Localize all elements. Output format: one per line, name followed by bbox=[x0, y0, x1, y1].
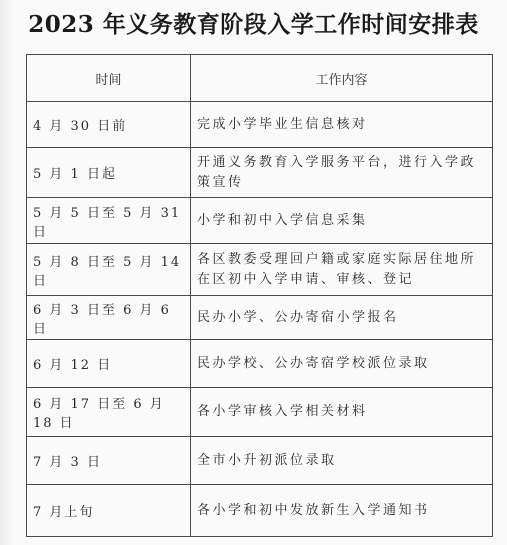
row-time: 4 月 30 日前 bbox=[27, 102, 191, 148]
row-content: 各区教委受理回户籍或家庭实际居住地所在区初中入学申请、审核、登记 bbox=[191, 244, 493, 296]
page-title: 2023 年义务教育阶段入学工作时间安排表 bbox=[0, 6, 507, 39]
row-content: 民办小学、公办寄宿小学报名 bbox=[191, 296, 493, 340]
row-content: 各小学和初中发放新生入学通知书 bbox=[191, 485, 493, 537]
page-edge-shadow bbox=[0, 0, 14, 545]
row-content: 全市小升初派位录取 bbox=[191, 437, 493, 485]
header-time: 时间 bbox=[27, 55, 191, 102]
table-row: 6 月 17 日至 6 月 18 日 各小学审核入学相关材料 bbox=[27, 388, 493, 437]
row-time: 6 月 12 日 bbox=[27, 340, 191, 388]
table-row: 5 月 8 日至 5 月 14 日 各区教委受理回户籍或家庭实际居住地所在区初中… bbox=[27, 244, 493, 296]
table-row: 6 月 3 日至 6 月 6 日 民办小学、公办寄宿小学报名 bbox=[27, 296, 493, 340]
header-content: 工作内容 bbox=[191, 55, 493, 102]
table-row: 7 月 3 日 全市小升初派位录取 bbox=[27, 437, 493, 485]
row-time: 5 月 1 日起 bbox=[27, 148, 191, 198]
row-time: 7 月 3 日 bbox=[27, 437, 191, 485]
schedule-table: 时间 工作内容 4 月 30 日前 完成小学毕业生信息核对 5 月 1 日起 开… bbox=[26, 54, 493, 537]
row-content: 各小学审核入学相关材料 bbox=[191, 388, 493, 437]
table-row: 7 月上旬 各小学和初中发放新生入学通知书 bbox=[27, 485, 493, 537]
table-header-row: 时间 工作内容 bbox=[27, 55, 493, 102]
table-row: 6 月 12 日 民办学校、公办寄宿学校派位录取 bbox=[27, 340, 493, 388]
row-time: 5 月 8 日至 5 月 14 日 bbox=[27, 244, 191, 296]
table-row: 5 月 5 日至 5 月 31 日 小学和初中入学信息采集 bbox=[27, 198, 493, 244]
row-time: 6 月 3 日至 6 月 6 日 bbox=[27, 296, 191, 340]
row-content: 完成小学毕业生信息核对 bbox=[191, 102, 493, 148]
row-content: 小学和初中入学信息采集 bbox=[191, 198, 493, 244]
row-content: 民办学校、公办寄宿学校派位录取 bbox=[191, 340, 493, 388]
row-time: 6 月 17 日至 6 月 18 日 bbox=[27, 388, 191, 437]
row-time: 5 月 5 日至 5 月 31 日 bbox=[27, 198, 191, 244]
row-time: 7 月上旬 bbox=[27, 485, 191, 537]
table-row: 5 月 1 日起 开通义务教育入学服务平台，进行入学政策宣传 bbox=[27, 148, 493, 198]
table-row: 4 月 30 日前 完成小学毕业生信息核对 bbox=[27, 102, 493, 148]
row-content: 开通义务教育入学服务平台，进行入学政策宣传 bbox=[191, 148, 493, 198]
